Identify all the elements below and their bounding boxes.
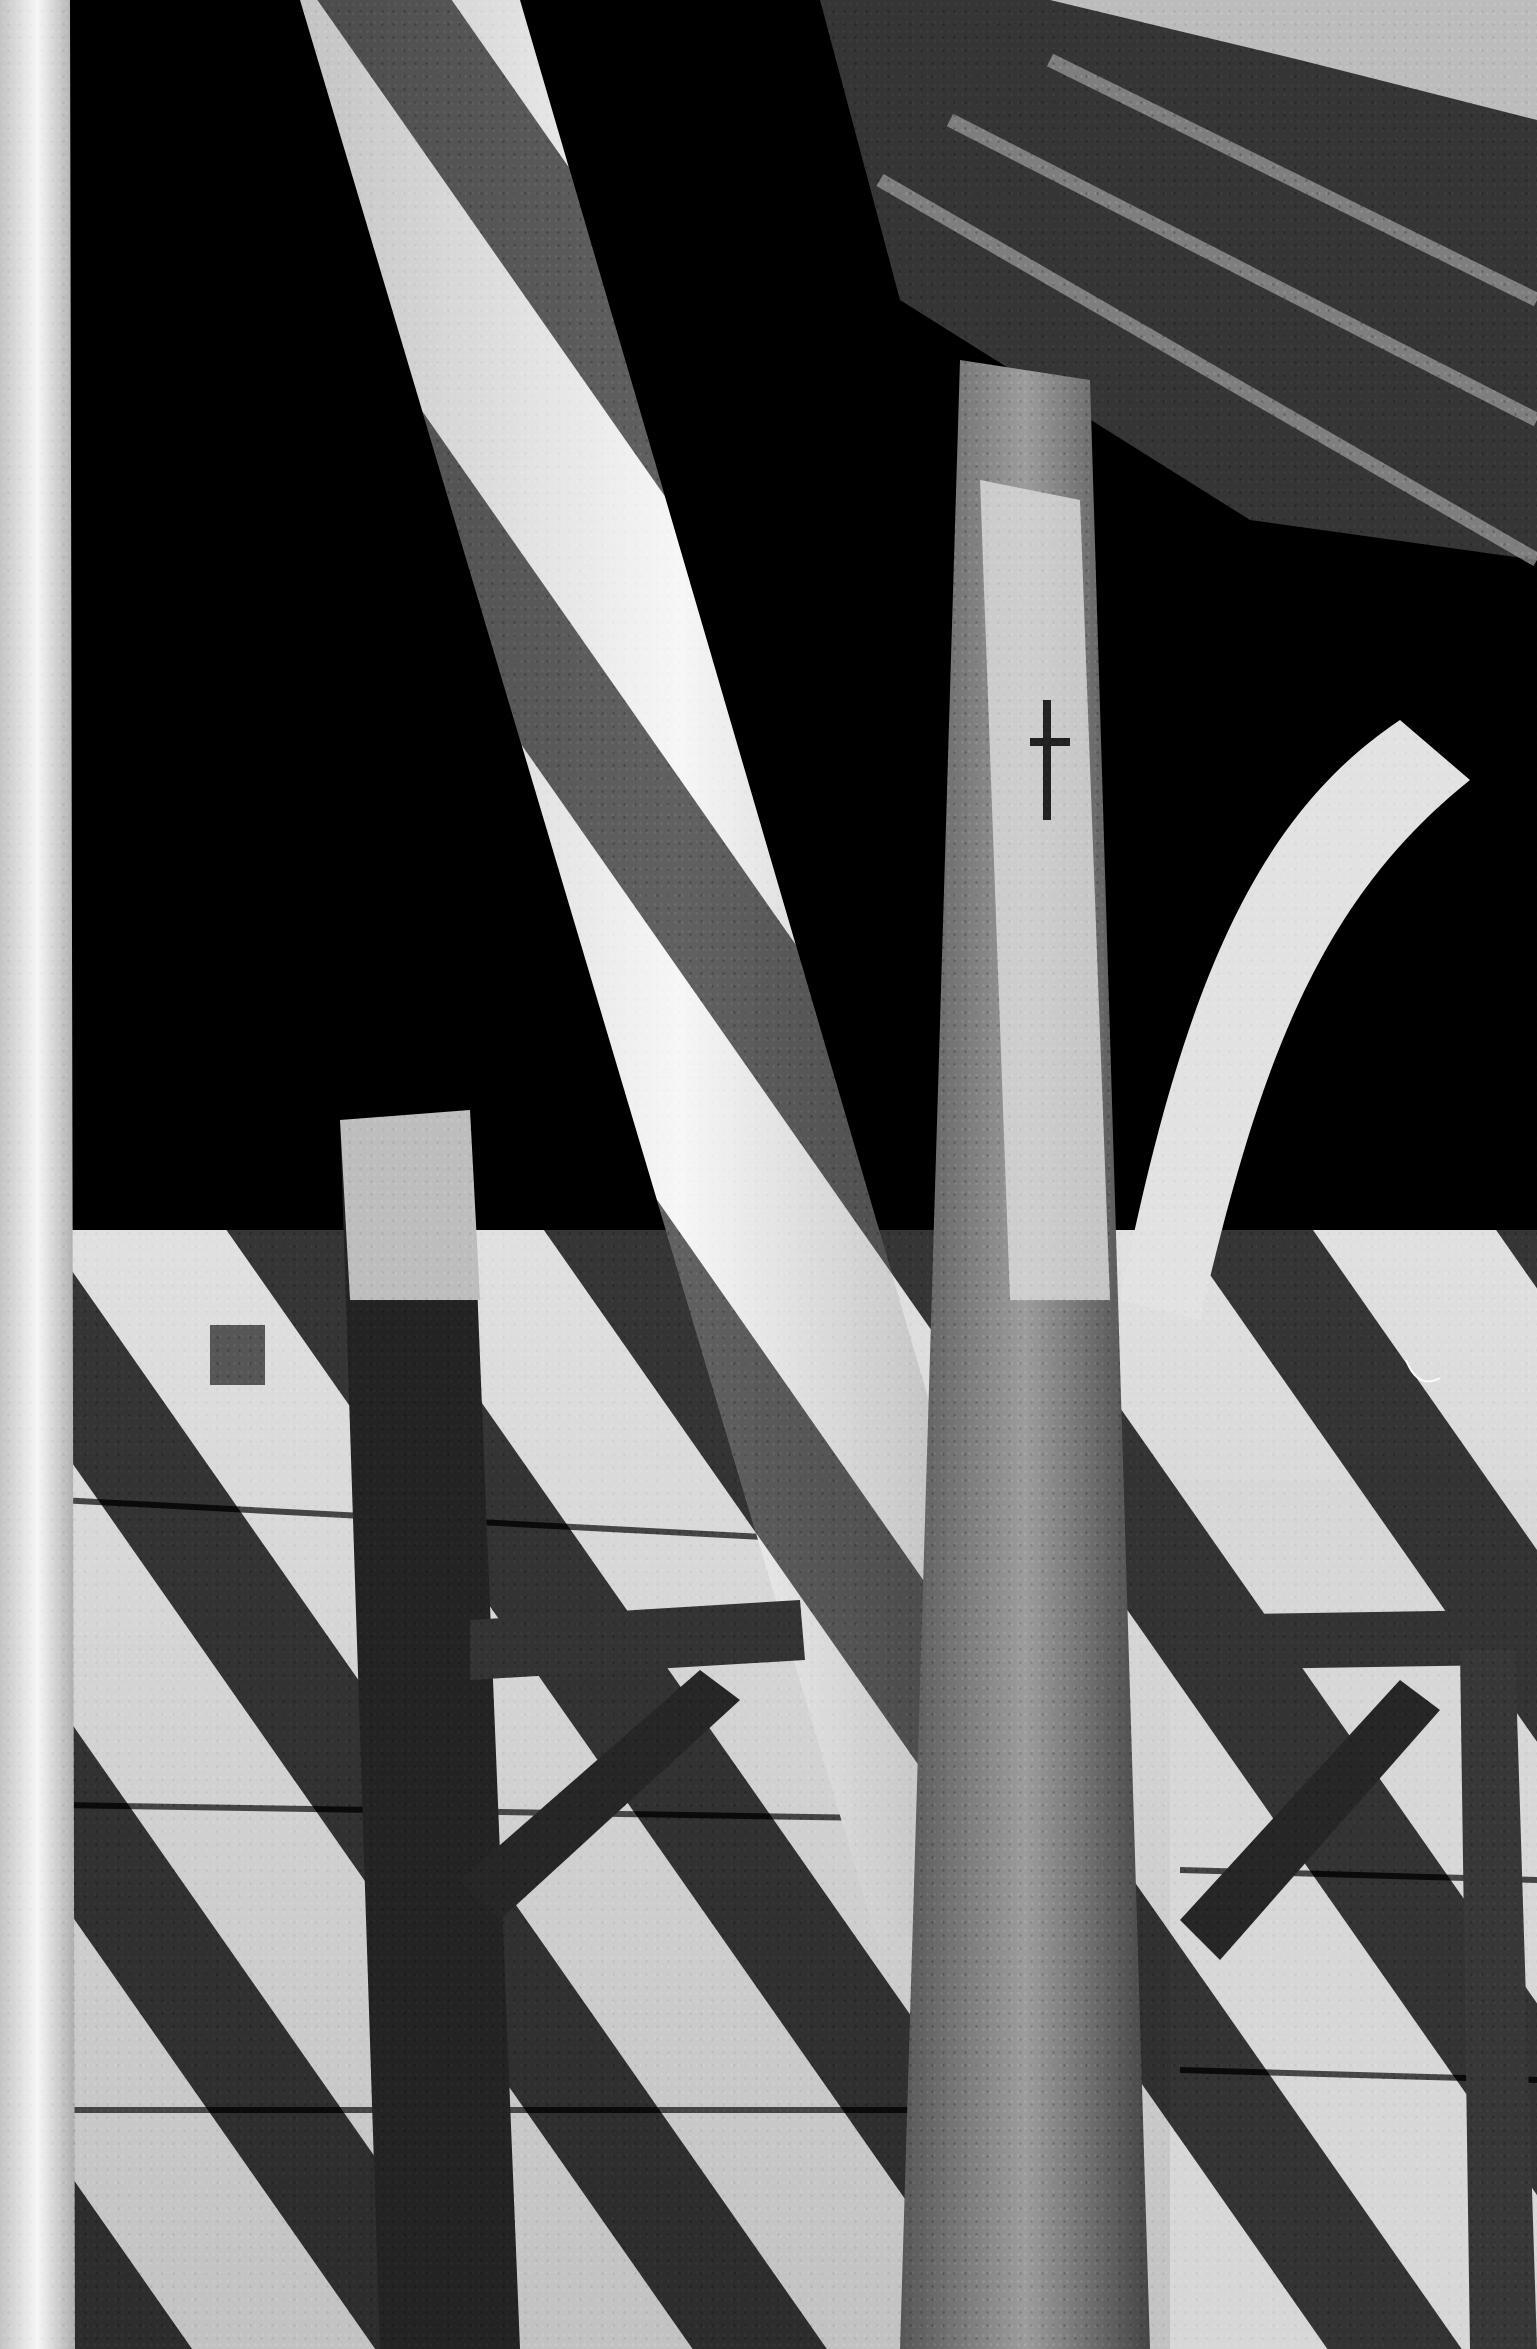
left-post [0, 0, 75, 2349]
square-notch [210, 1325, 265, 1385]
timber-structure-photo: Black-and-white photograph of weathered … [0, 0, 1537, 2349]
right-crossbar [1180, 1610, 1505, 1670]
photo-illustration [0, 0, 1537, 2349]
